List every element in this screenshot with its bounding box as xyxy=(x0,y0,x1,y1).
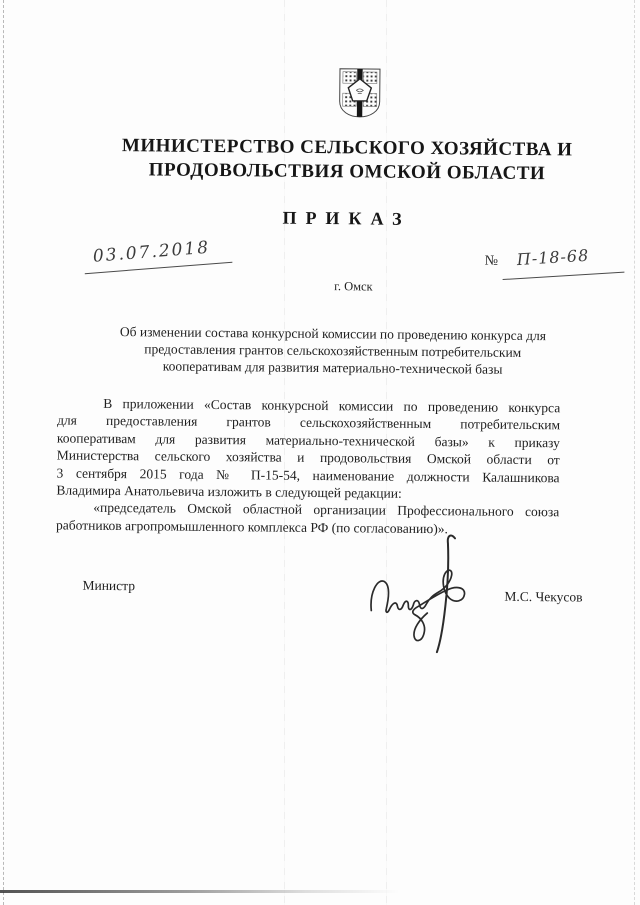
document-type-title: ПРИКАЗ xyxy=(59,206,634,233)
number-handwritten: П-18-68 xyxy=(516,243,637,269)
document-content: МИНИСТЕРСТВО СЕЛЬСКОГО ХОЗЯЙСТВА И ПРОДО… xyxy=(0,0,640,905)
body-paragraph: В приложении «Состав конкурсной комиссии… xyxy=(56,394,560,538)
minister-title: Министр xyxy=(82,578,135,595)
coat-of-arms-icon xyxy=(336,66,384,119)
signature-stroke xyxy=(357,531,483,657)
scanned-page: МИНИСТЕРСТВО СЕЛЬСКОГО ХОЗЯЙСТВА И ПРОДО… xyxy=(0,0,640,905)
minister-name: М.С. Чекусов xyxy=(504,589,582,606)
place-line: г. Омск xyxy=(93,277,613,297)
number-underline xyxy=(503,272,625,280)
ministry-name: МИНИСТЕРСТВО СЕЛЬСКОГО ХОЗЯЙСТВА И ПРОДО… xyxy=(59,134,634,188)
number-label: № xyxy=(485,254,499,270)
subject-heading: Об изменении состава конкурсной комиссии… xyxy=(73,323,593,380)
